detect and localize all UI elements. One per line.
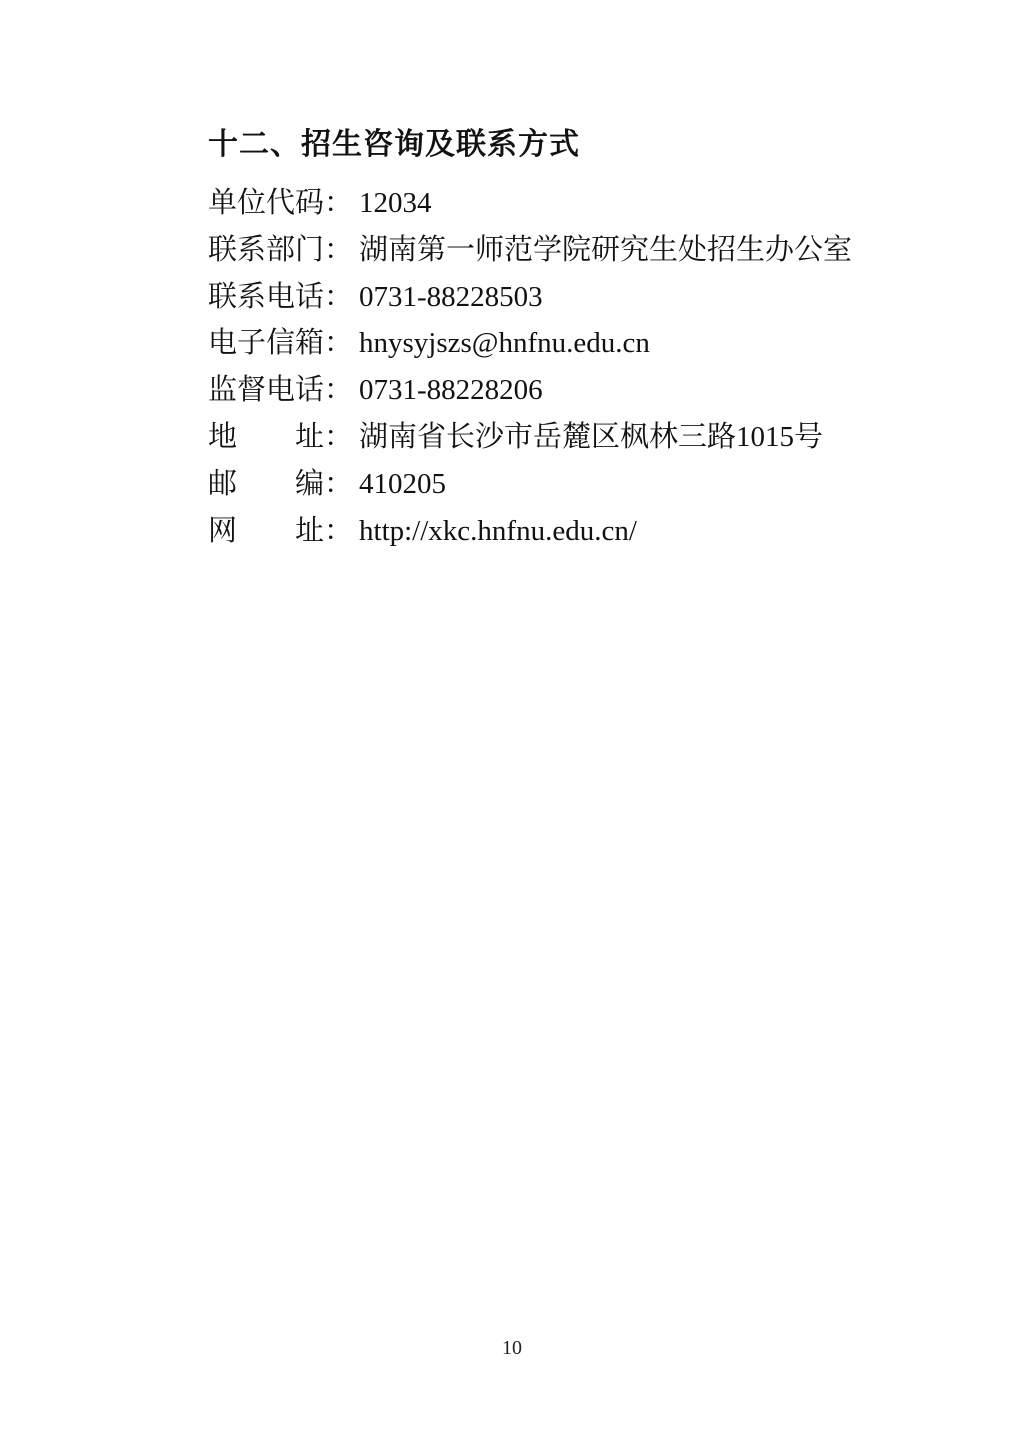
- label-colon: ：: [324, 320, 353, 367]
- label-colon: ：: [324, 180, 353, 227]
- contact-row-email: 电子信箱：hnysyjszs@hnfnu.edu.cn: [208, 320, 848, 367]
- page-number: 10: [0, 1337, 1024, 1360]
- row-value: 0731-88228503: [359, 281, 543, 313]
- document-page: 十二、招生咨询及联系方式 单位代码：12034 联系部门：湖南第一师范学院研究生…: [0, 0, 1024, 1448]
- row-value: http://xkc.hnfnu.edu.cn/: [359, 515, 637, 547]
- contact-row-postcode: 邮编：410205: [208, 461, 848, 508]
- label-colon: ：: [324, 508, 353, 555]
- row-value: 湖南省长沙市岳麓区枫林三路1015号: [359, 421, 823, 453]
- label-colon: ：: [324, 414, 353, 461]
- row-label: 单位代码: [208, 180, 324, 227]
- contact-row-supervision-phone: 监督电话：0731-88228206: [208, 367, 848, 414]
- contact-section: 十二、招生咨询及联系方式 单位代码：12034 联系部门：湖南第一师范学院研究生…: [208, 126, 848, 554]
- contact-row-department: 联系部门：湖南第一师范学院研究生处招生办公室: [208, 227, 848, 274]
- label-colon: ：: [324, 227, 353, 274]
- row-value: 0731-88228206: [359, 374, 543, 406]
- section-heading: 十二、招生咨询及联系方式: [208, 126, 848, 164]
- contact-row-phone: 联系电话：0731-88228503: [208, 274, 848, 321]
- row-label: 监督电话: [208, 367, 324, 414]
- row-label: 联系电话: [208, 274, 324, 321]
- contact-row-website: 网址：http://xkc.hnfnu.edu.cn/: [208, 508, 848, 555]
- row-label: 电子信箱: [208, 320, 324, 367]
- label-colon: ：: [324, 274, 353, 321]
- row-label: 地址: [208, 414, 324, 461]
- row-label: 联系部门: [208, 227, 324, 274]
- row-value: 12034: [359, 187, 432, 219]
- label-colon: ：: [324, 461, 353, 508]
- row-label: 邮编: [208, 461, 324, 508]
- contact-row-unit-code: 单位代码：12034: [208, 180, 848, 227]
- contact-row-address: 地址：湖南省长沙市岳麓区枫林三路1015号: [208, 414, 848, 461]
- row-label: 网址: [208, 508, 324, 555]
- row-value: 湖南第一师范学院研究生处招生办公室: [359, 234, 852, 266]
- row-value: 410205: [359, 468, 446, 500]
- label-colon: ：: [324, 367, 353, 414]
- row-value: hnysyjszs@hnfnu.edu.cn: [359, 327, 650, 359]
